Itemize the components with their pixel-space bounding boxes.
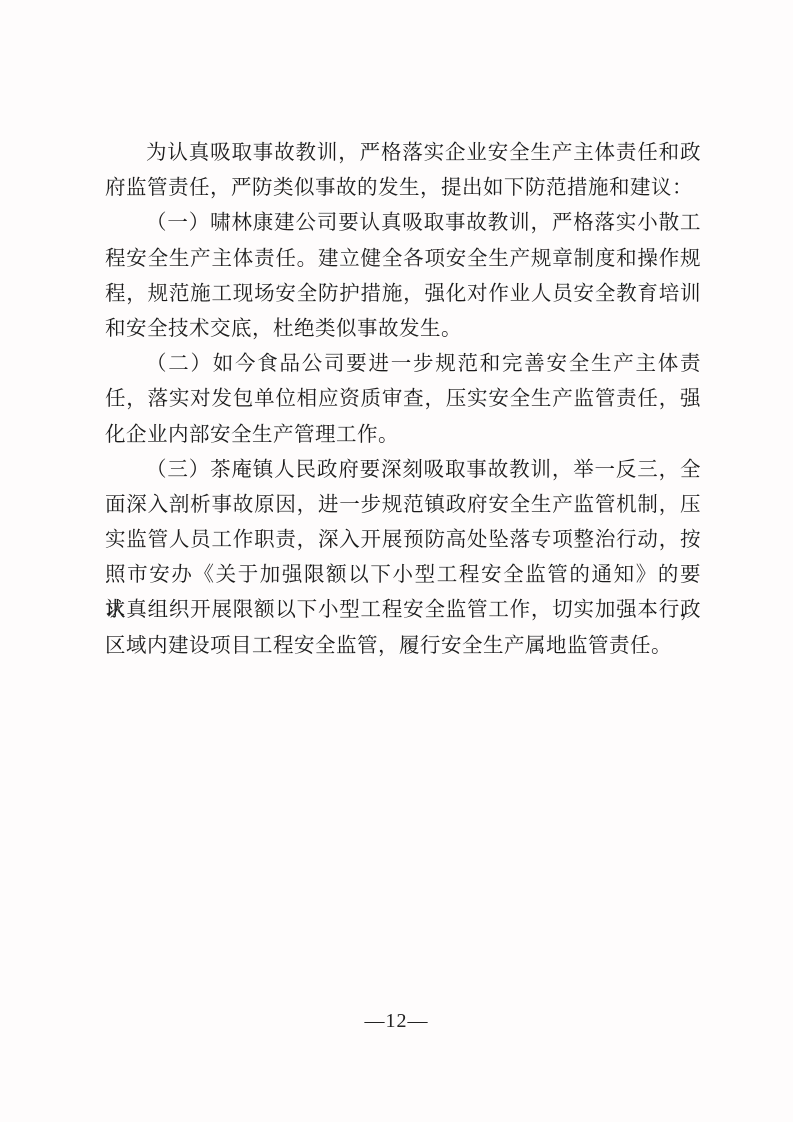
text-line: （三）茶庵镇人民政府要深刻吸取事故教训，举一反三，全 bbox=[105, 453, 701, 488]
text-line: 认真组织开展限额以下小型工程安全监管工作，切实加强本行政 bbox=[105, 593, 701, 628]
text-line: （一）啸林康建公司要认真吸取事故教训，严格落实小散工 bbox=[105, 206, 701, 241]
document-body: 为认真吸取事故教训，严格落实企业安全生产主体责任和政府监管责任，严防类似事故的发… bbox=[105, 136, 701, 664]
text-line: （二）如今食品公司要进一步规范和完善安全生产主体责 bbox=[105, 347, 701, 382]
text-line: 面深入剖析事故原因，进一步规范镇政府安全生产监管机制，压 bbox=[105, 488, 701, 523]
text-line: 程安全生产主体责任。建立健全各项安全生产规章制度和操作规 bbox=[105, 242, 701, 277]
text-line: 府监管责任，严防类似事故的发生，提出如下防范措施和建议： bbox=[105, 171, 701, 206]
text-line: 为认真吸取事故教训，严格落实企业安全生产主体责任和政 bbox=[105, 136, 701, 171]
text-line: 任，落实对发包单位相应资质审查，压实安全生产监管责任，强 bbox=[105, 382, 701, 417]
document-page: 为认真吸取事故教训，严格落实企业安全生产主体责任和政府监管责任，严防类似事故的发… bbox=[0, 0, 793, 1122]
text-line: 化企业内部安全生产管理工作。 bbox=[105, 418, 701, 453]
paragraph-list: 为认真吸取事故教训，严格落实企业安全生产主体责任和政府监管责任，严防类似事故的发… bbox=[105, 136, 701, 664]
page-footer: —12— bbox=[0, 1010, 793, 1033]
text-line: 实监管人员工作职责，深入开展预防高处坠落专项整治行动，按 bbox=[105, 523, 701, 558]
text-line: 和安全技术交底，杜绝类似事故发生。 bbox=[105, 312, 701, 347]
text-line: 照市安办《关于加强限额以下小型工程安全监管的通知》的要求， bbox=[105, 558, 701, 593]
text-line: 区域内建设项目工程安全监管，履行安全生产属地监管责任。 bbox=[105, 629, 701, 664]
page-number: —12— bbox=[365, 1010, 429, 1032]
text-line: 程，规范施工现场安全防护措施，强化对作业人员安全教育培训 bbox=[105, 277, 701, 312]
